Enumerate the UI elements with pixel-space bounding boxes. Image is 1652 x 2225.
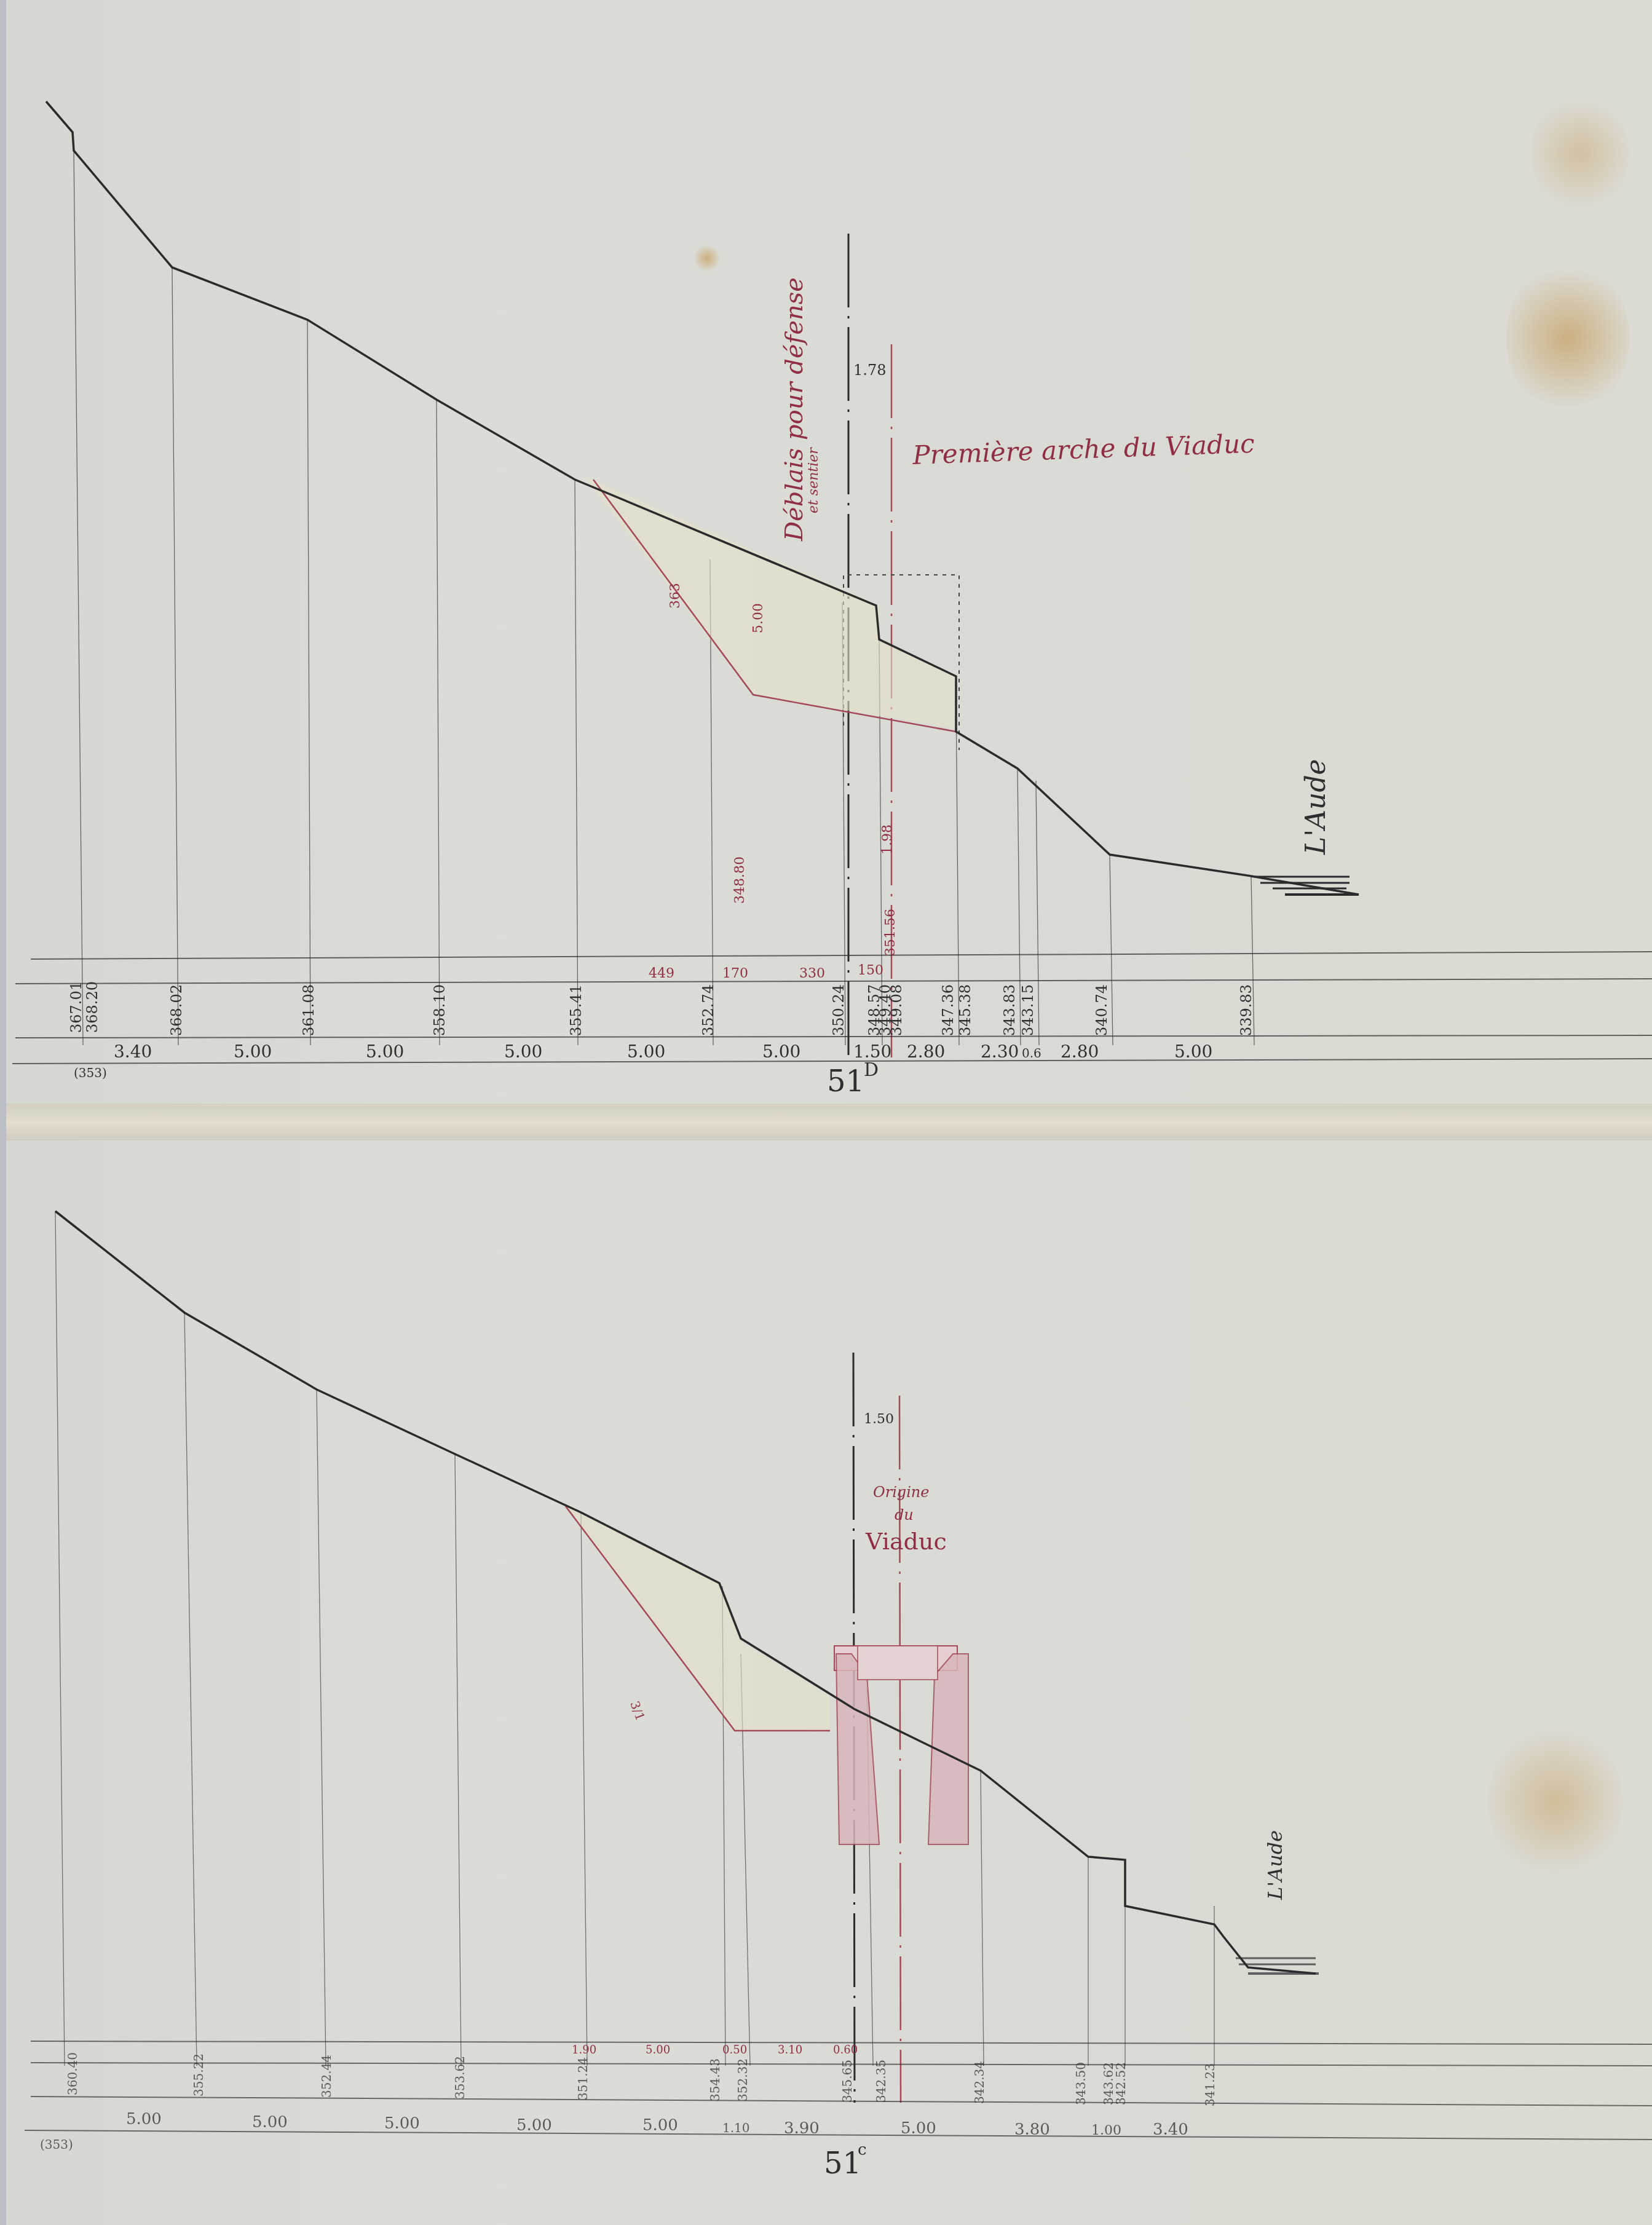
red-offset: 0.60 [833, 2044, 858, 2057]
elevation: 354.43 [708, 2058, 722, 2101]
distance: 5.00 [252, 2113, 288, 2132]
distance: 3.40 [1153, 2120, 1188, 2139]
slope-label: 3/1 [627, 1699, 648, 1723]
drawing-sheet: Déblais pour défense et sentier Première… [6, 0, 1652, 2225]
elevation: 352.44 [319, 2055, 334, 2098]
elevation: 353.62 [453, 2056, 467, 2099]
elevation: 345.65 [840, 2060, 855, 2103]
distance: 3.80 [1014, 2120, 1050, 2139]
red-offset: 5.00 [646, 2044, 670, 2057]
elevation: 355.22 [191, 2053, 206, 2097]
viaduct-pier [834, 1646, 968, 1844]
elevation: 343.50 [1073, 2062, 1088, 2105]
elevation: 342.35 [874, 2060, 888, 2103]
origin-du-label: du [895, 1506, 914, 1524]
origin-label: Origine [873, 1484, 930, 1501]
elevation: 342.52 [1113, 2062, 1128, 2105]
elevation: 360.40 [65, 2052, 80, 2095]
profile-bottom: 1.50 Origine du Viaduc L'Aude 3/1 1.90 5… [6, 0, 1652, 2225]
elevation: 342.34 [972, 2061, 987, 2104]
section-id-superscript: c [858, 2141, 867, 2159]
distance: 5.00 [126, 2110, 162, 2128]
distance: 1.10 [722, 2120, 750, 2135]
river-label: L'Aude [1263, 1830, 1287, 1900]
distance: 1.00 [1091, 2123, 1121, 2138]
section-id: 51 [824, 2146, 861, 2181]
elevation: 341.23 [1203, 2063, 1217, 2106]
distance: 5.00 [516, 2116, 552, 2135]
red-offset: 1.90 [572, 2044, 596, 2057]
elevation: 351.24 [575, 2057, 590, 2100]
elevation: 352.32 [735, 2058, 750, 2101]
distance: 5.00 [642, 2116, 678, 2135]
start-reference: (353) [40, 2137, 73, 2152]
offset-label: 1.50 [864, 1412, 894, 1427]
red-offset: 0.50 [722, 2044, 747, 2057]
distance: 5.00 [901, 2119, 936, 2138]
red-offset: 3.10 [778, 2044, 802, 2057]
distance: 3.90 [784, 2119, 820, 2138]
distance: 5.00 [384, 2114, 420, 2133]
origin-viaduc-label: Viaduc [865, 1528, 947, 1555]
